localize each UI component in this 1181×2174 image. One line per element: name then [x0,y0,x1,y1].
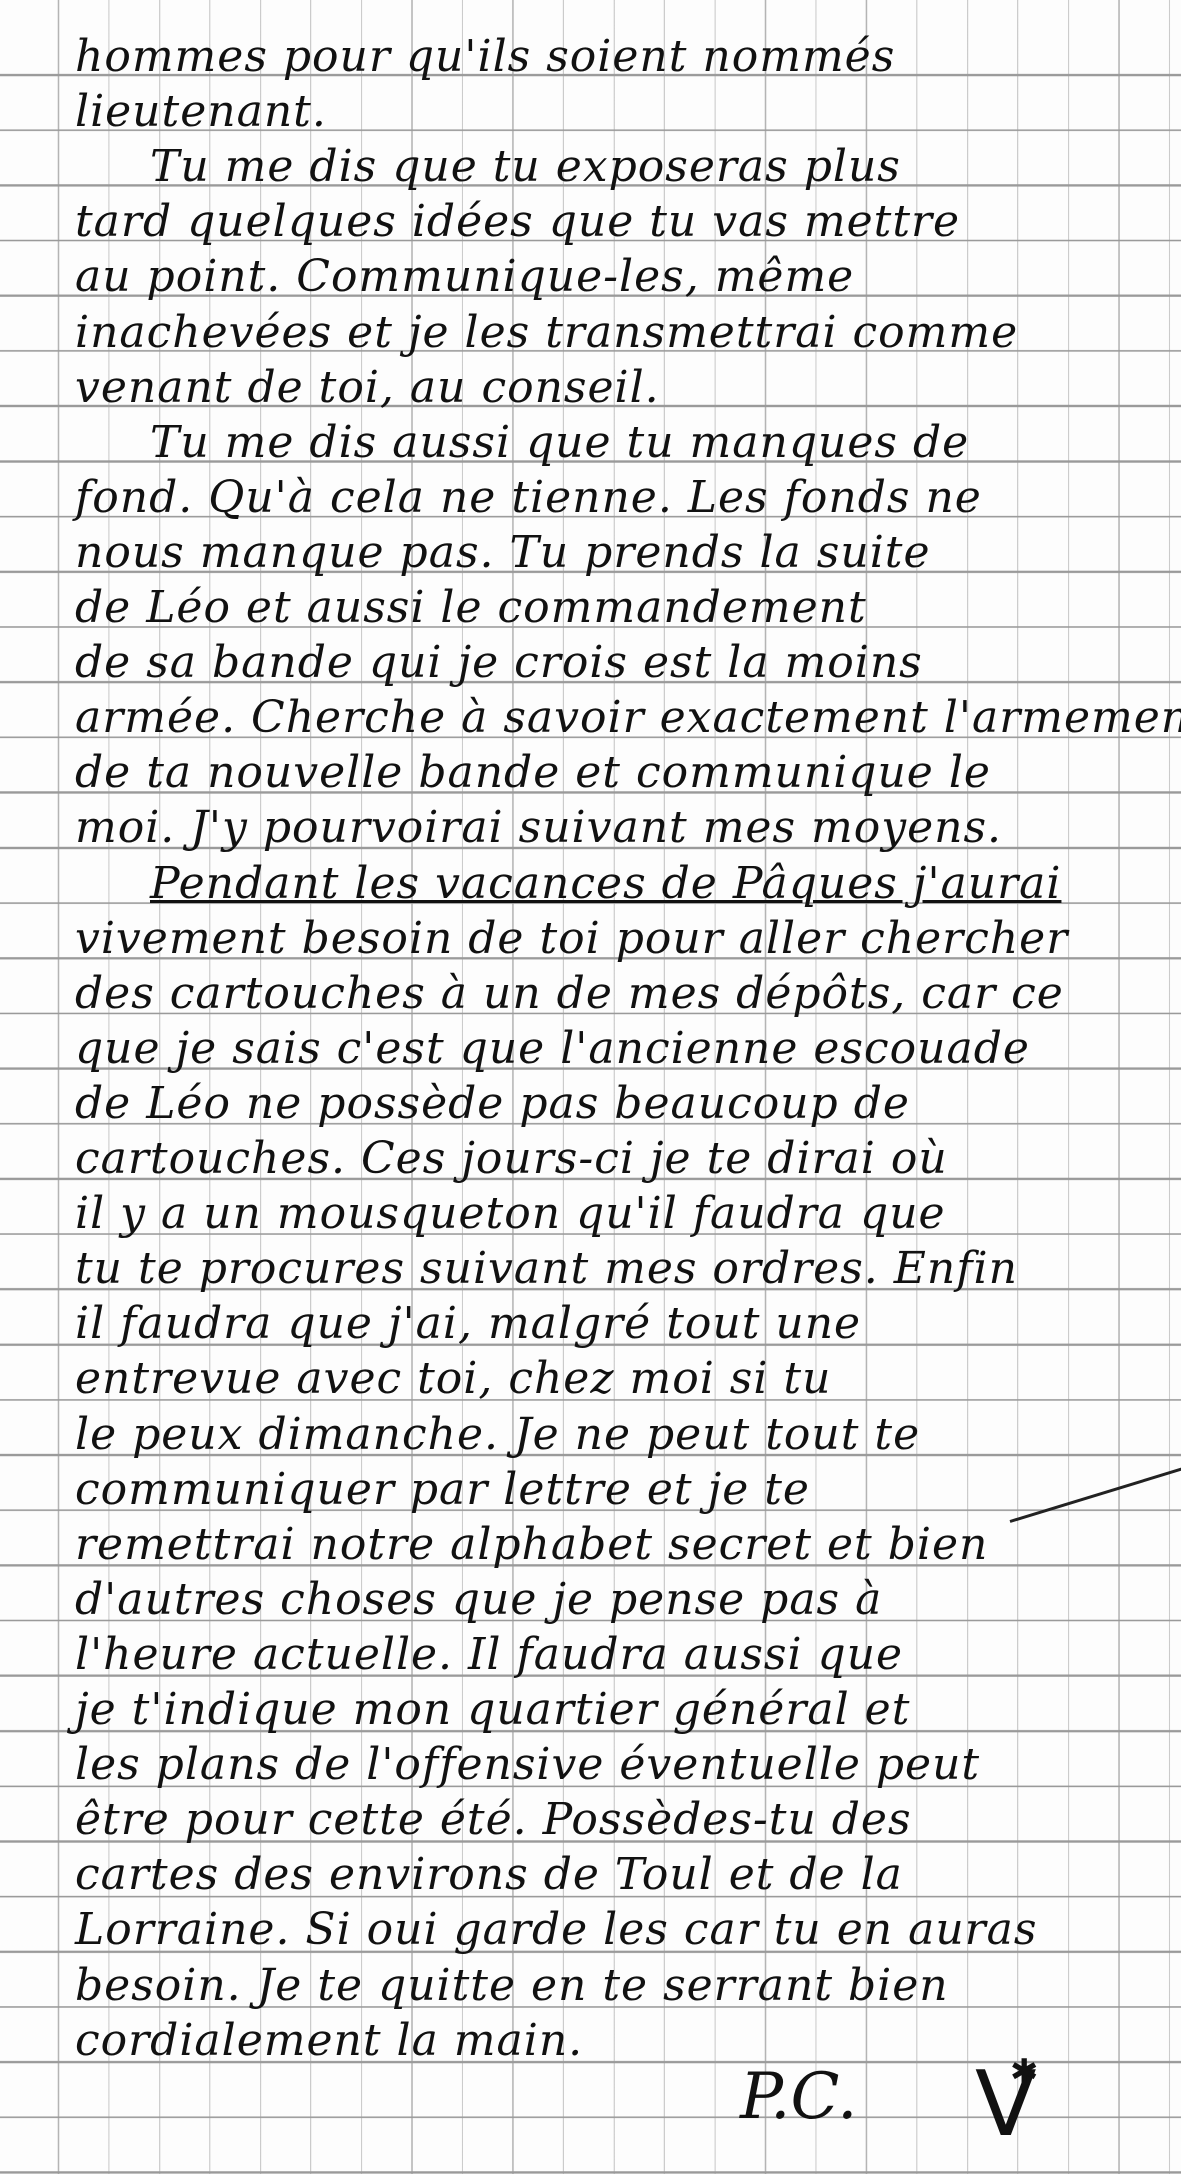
letter-line: Tu me dis aussi que tu manques de [150,421,969,465]
letter-line: tu te procures suivant mes ordres. Enfin [75,1247,1018,1291]
letter-line: venant de toi, au conseil. [75,366,660,410]
letter-line: vivement besoin de toi pour aller cherch… [75,917,1068,961]
letter-line: fond. Qu'à cela ne tienne. Les fonds ne [75,476,982,520]
letter-line: il faudra que j'ai, malgré tout une [75,1302,861,1346]
letter-line: Tu me dis que tu exposeras plus [150,145,901,189]
letter-line: entrevue avec toi, chez moi si tu [75,1357,831,1401]
star-icon: ✱ [1010,2052,1039,2092]
letter-line: Lorraine. Si oui garde les car tu en aur… [75,1908,1038,1952]
letter-line: être pour cette été. Possèdes-tu des [75,1798,912,1842]
letter-line: inachevées et je les transmettrai comme [75,311,1018,355]
letter-line: tard quelques idées que tu vas mettre [75,200,960,244]
letter-line: cartouches. Ces jours-ci je te dirai où [75,1137,948,1181]
letter-line: des cartouches à un de mes dépôts, car c… [75,972,1064,1016]
letter-line: de sa bande qui je crois est la moins [75,641,923,685]
letter-line: hommes pour qu'ils soient nommés [75,35,895,79]
letter-line: besoin. Je te quitte en te serrant bien [75,1964,949,2008]
letter-line: de Léo ne possède pas beaucoup de [75,1082,910,1126]
letter-line: que je sais c'est que l'ancienne escouad… [75,1027,1030,1071]
letter-line: cartes des environs de Toul et de la [75,1853,903,1897]
letter-line: Pendant les vacances de Pâques j'aurai [150,862,1061,906]
letter-line: armée. Cherche à savoir exactement l'arm… [75,696,1181,740]
letter-line: cordialement la main. [75,2019,583,2063]
letter-line: remettrai notre alphabet secret et bien [75,1523,988,1567]
letter-line: moi. J'y pourvoirai suivant mes moyens. [75,806,1002,850]
letter-line: de ta nouvelle bande et communique le [75,751,991,795]
letter-line: de Léo et aussi le commandement [75,586,867,630]
signature: P.C. [740,2060,857,2134]
letter-line: au point. Communique-les, même [75,255,854,299]
letter-line: communiquer par lettre et je te [75,1468,810,1512]
letter-line: le peux dimanche. Je ne peut tout te [75,1413,920,1457]
letter-line: il y a un mousqueton qu'il faudra que [75,1192,946,1236]
letter-line: nous manque pas. Tu prends la suite [75,531,931,575]
letter-line: l'heure actuelle. Il faudra aussi que [75,1633,903,1677]
letter-line: je t'indique mon quartier général et [75,1688,910,1732]
letter-line: lieutenant. [75,90,327,134]
letter-line: les plans de l'offensive éventuelle peut [75,1743,980,1787]
letter-line: d'autres choses que je pense pas à [75,1578,882,1622]
